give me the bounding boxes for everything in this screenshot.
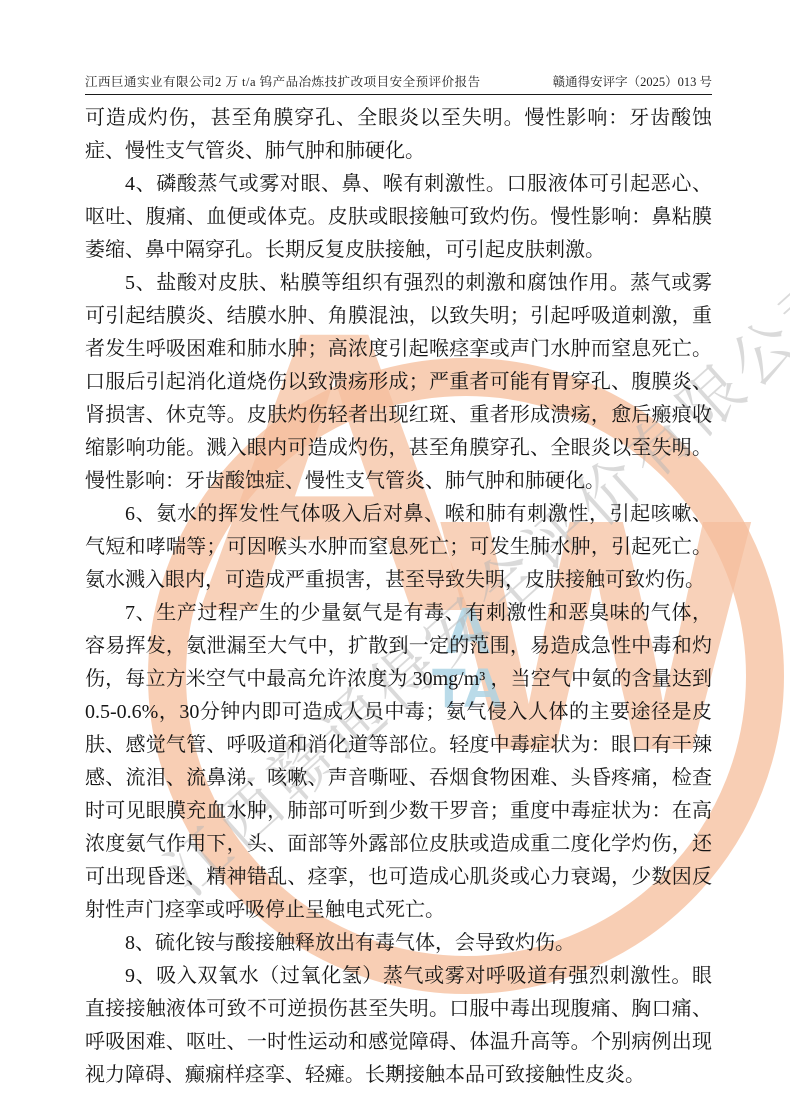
paragraph-item-4: 4、磷酸蒸气或雾对眼、鼻、喉有刺激性。口服液体可引起恶心、呕吐、腹痛、血便或体克… (85, 168, 712, 267)
header-report-title: 江西巨通实业有限公司2 万 t/a 钨产品冶炼技扩改项目安全预评价报告 (85, 74, 481, 90)
page-number: 76 (0, 1063, 790, 1079)
paragraph-item-7: 7、生产过程产生的少量氨气是有毒、有刺激性和恶臭味的气体，容易挥发，氨泄漏至大气… (85, 597, 712, 927)
paragraph-item-8: 8、硫化铵与酸接触释放出有毒气体，会导致灼伤。 (85, 927, 712, 960)
document-page: A W A TA 江西赣通得安全评价有限公司 江西巨通实业有限公司2 万 t/a… (0, 0, 790, 1117)
header-divider (85, 94, 712, 95)
paragraph-item-6: 6、氨水的挥发性气体吸入后对鼻、喉和肺有刺激性，引起咳嗽、气短和哮喘等；可因喉头… (85, 498, 712, 597)
header-document-number: 赣通得安评字（2025）013 号 (553, 74, 712, 90)
paragraph-item-5: 5、盐酸对皮肤、粘膜等组织有强烈的刺激和腐蚀作用。蒸气或雾可引起结膜炎、结膜水肿… (85, 267, 712, 498)
page-content: 江西巨通实业有限公司2 万 t/a 钨产品冶炼技扩改项目安全预评价报告 赣通得安… (85, 74, 712, 1092)
page-header: 江西巨通实业有限公司2 万 t/a 钨产品冶炼技扩改项目安全预评价报告 赣通得安… (85, 74, 712, 90)
report-body: 可造成灼伤，甚至角膜穿孔、全眼炎以至失明。慢性影响：牙齿酸蚀症、慢性支气管炎、肺… (85, 102, 712, 1092)
paragraph-continuation: 可造成灼伤，甚至角膜穿孔、全眼炎以至失明。慢性影响：牙齿酸蚀症、慢性支气管炎、肺… (85, 102, 712, 168)
